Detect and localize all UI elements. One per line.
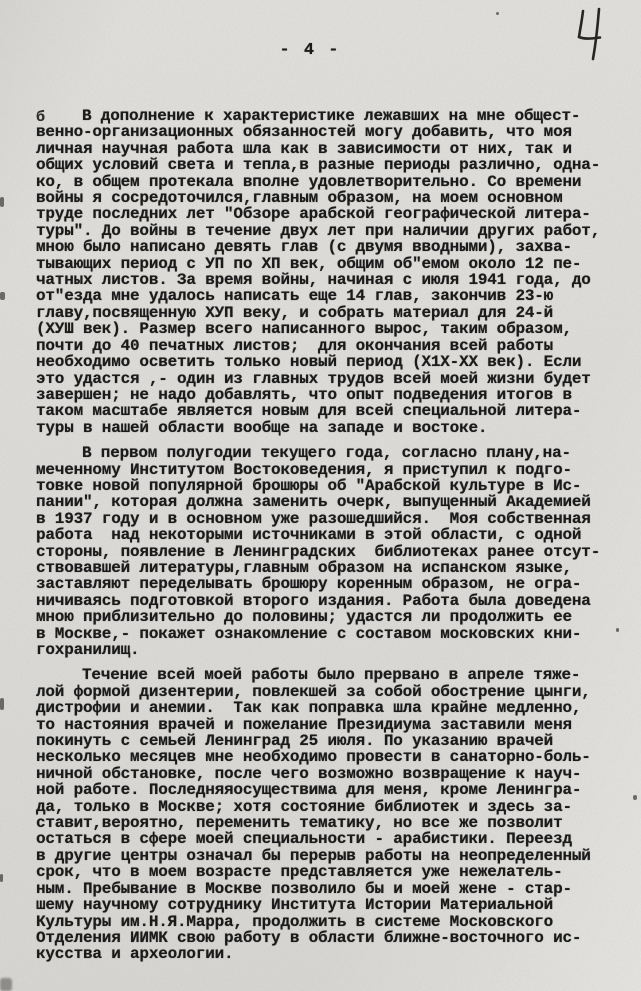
text-line: ничиваясь подготовкой второго издания. Р… (36, 593, 622, 609)
text-line: шему научному сотруднику Института Истор… (36, 897, 622, 913)
text-line: заставляют переделывать брошюру коренным… (36, 576, 622, 592)
handwritten-page-number (574, 6, 608, 62)
text-line: (ХУШ век). Размер всего написанного выро… (36, 321, 622, 337)
text-line: почти до 40 печатных листов; для окончан… (36, 338, 622, 354)
text-line: тывающих период с УП по ХП век, общим об… (36, 256, 622, 272)
text-line: ко, в общем протекала вполне удовлетвори… (36, 174, 622, 190)
text-line: ничной обстановке, после чего возможно в… (36, 766, 622, 782)
text-line: чатных листов. За время войны, начиная с… (36, 272, 622, 288)
text-line: покинуть с семьей Ленинград 25 июля. По … (36, 733, 622, 749)
scan-artifact (0, 292, 5, 300)
paragraph-1: В дополнение к характеристике лежавших н… (36, 108, 622, 436)
document-body: В дополнение к характеристике лежавших н… (36, 108, 622, 963)
scan-artifact (0, 978, 12, 991)
paragraph-2: В первом полугодии текущего года, соглас… (36, 445, 622, 658)
text-line: это удастся ,- один из главных трудов вс… (36, 371, 622, 387)
text-line: таком масштабе является новым для всей с… (36, 403, 622, 419)
text-line: пании", которая должна заменить очерк, в… (36, 494, 622, 510)
text-line: в 1937 году и в основном уже разошедшийс… (36, 511, 622, 527)
text-line: стороны, появление в Ленинградских библи… (36, 544, 622, 560)
text-line: туры в нашей области вообще на западе и … (36, 420, 622, 436)
typed-page-number: - 4 - (0, 41, 620, 60)
text-line: от"езда мне удалось написать еще 14 глав… (36, 288, 622, 304)
text-line: труде последних лет "Обзоре арабской гео… (36, 206, 622, 222)
scan-artifact (496, 12, 499, 15)
text-line: срок, что в моем возрасте представляется… (36, 864, 622, 880)
text-line: лой формой дизентерии, повлекшей за собо… (36, 684, 622, 700)
text-line: несколько месяцев мне необходимо провест… (36, 749, 622, 765)
text-line: Культуры им.Н.Я.Марра, продолжить в сист… (36, 914, 622, 930)
text-line: да, только в Москве; хотя состояние библ… (36, 799, 622, 815)
text-line: товке новой популярной брошюры об "Арабс… (36, 478, 622, 494)
text-line: ставит,вероятно, переменить тематику, но… (36, 815, 622, 831)
text-line: личная научная работа шла как в зависимо… (36, 141, 622, 157)
text-line: ствовавшей литературы,главным образом на… (36, 560, 622, 576)
scan-artifact (0, 698, 4, 710)
scanned-page: - 4 - б В дополнение к характеристике ле… (0, 0, 641, 991)
text-line: гохранилищ. (36, 642, 622, 658)
text-line: то настояния врачей и пожелание Президиу… (36, 717, 622, 733)
text-line: кусства и археологии. (36, 946, 622, 962)
text-line: работа над некоторыми источниками в этой… (36, 527, 622, 543)
text-line: меченному Институтом Востоковедения, я п… (36, 462, 622, 478)
text-line: мною приблизительно до половины; удастся… (36, 609, 622, 625)
text-line: венно-организационных обязанностей могу … (36, 124, 622, 140)
text-line: В первом полугодии текущего года, соглас… (36, 445, 622, 461)
text-line: В дополнение к характеристике лежавших н… (36, 108, 622, 124)
text-line: Течение всей моей работы было прервано в… (36, 667, 622, 683)
text-line: туры". До войны в течение двух лет при н… (36, 223, 622, 239)
text-line: ной работе. Последняяосуществима для мен… (36, 782, 622, 798)
scan-artifact (0, 874, 3, 882)
text-line: завершен; не надо добавлять, что опыт по… (36, 387, 622, 403)
text-line: войны я сосредоточился,главным образом, … (36, 190, 622, 206)
text-line: дистрофии и анемии. Так как поправка шла… (36, 700, 622, 716)
text-line: ным. Пребывание в Москве позволило бы и … (36, 881, 622, 897)
scan-artifact (0, 197, 4, 207)
text-line: общих условий света и тепла,в разные пер… (36, 157, 622, 173)
text-line: остаться в сфере моей специальности - ар… (36, 831, 622, 847)
text-line: необходимо осветить только новый период … (36, 354, 622, 370)
scan-artifact (616, 628, 619, 632)
text-line: главу,посвященную ХУП веку, и собрать ма… (36, 305, 622, 321)
paragraph-3: Течение всей моей работы было прервано в… (36, 667, 622, 962)
text-line: мною было написано девять глав (с двумя … (36, 239, 622, 255)
scan-artifact (633, 795, 637, 800)
text-line: в Москве,- покажет ознакомление с состав… (36, 626, 622, 642)
text-line: в другие центры означал бы перерыв работ… (36, 848, 622, 864)
text-line: Отделения ИИМК свою работу в области бли… (36, 930, 622, 946)
